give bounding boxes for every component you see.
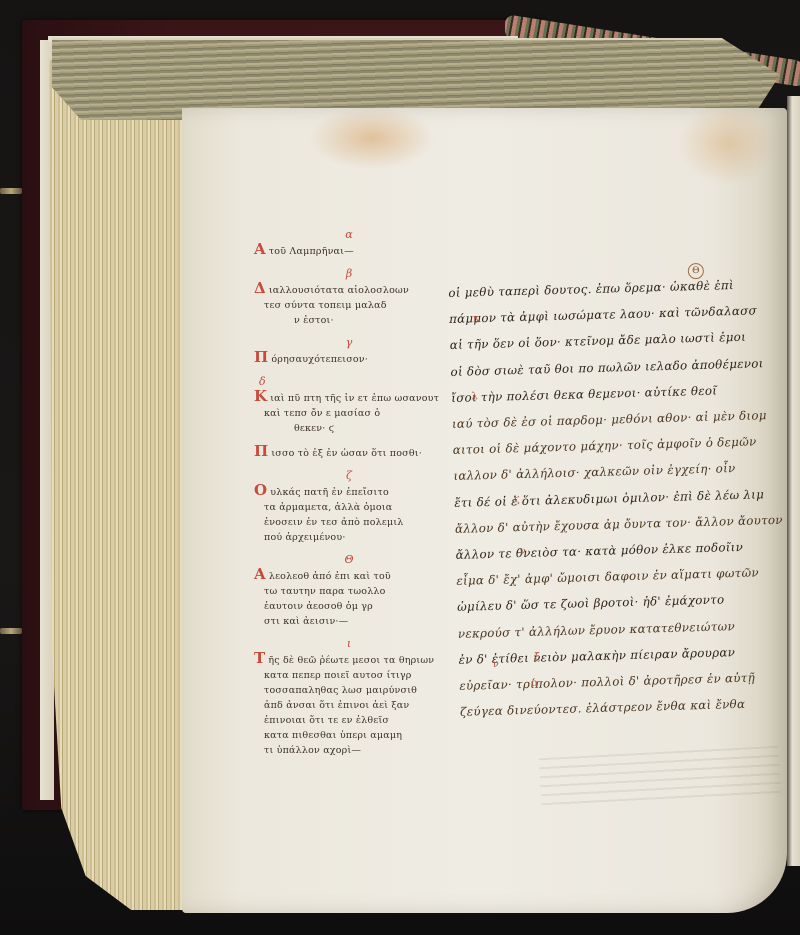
entry-line: όρησαυχότεπεισον·	[271, 354, 368, 365]
rubric-numeral: Θ	[254, 553, 444, 567]
red-initial: Π	[254, 348, 268, 366]
red-initial: Τ	[254, 649, 265, 667]
entry-line: ἐνοσειν ἐν τεσ ἀπὸ πολεμιλ	[254, 515, 444, 530]
entry-line: ν ἐστοι·	[254, 313, 444, 328]
marginal-marker: ο	[531, 678, 537, 689]
left-column-index: α Ατοῦ Λαμπρῆναι— β Διαλλουσιότατα αἰολο…	[254, 228, 444, 766]
red-initial: Ο	[254, 481, 267, 499]
index-entry: Πισσο τὸ ἐξ ἐν ὠσαν ὅτι ποσθι·	[254, 444, 444, 461]
rubric-numeral: β	[254, 267, 444, 281]
right-column-main-text: Θ οἱ μεθὺ ταπερὶ δουτος. ἐπω ὅρεμα· ὡκαθ…	[448, 271, 800, 726]
marginal-marker: ξ	[534, 652, 540, 663]
brass-clasp-bottom	[0, 628, 22, 634]
entry-line: τω ταυτην παρα τωολλο	[254, 584, 444, 599]
marginal-marker: κ	[473, 313, 480, 324]
marginal-marker: ϛ	[514, 494, 520, 505]
entry-line: ἐπινοιαι ὅτι τε εν ἐλθεῖσ	[254, 713, 444, 728]
entry-line: υλκάς πατῆ ἐν ἐπεἴσιτο	[270, 487, 389, 498]
index-entry: Θ Αλεολεοθ ἀπό ἐπι καὶ τοῦ τω ταυτην παρ…	[254, 553, 444, 629]
entry-line: τι ὑπάλλον αχορὶ—	[254, 743, 444, 758]
index-entry: δ Κιαὶ πῦ πτη τῆς ἰν ετ ἐπω ωσανουτ καὶ …	[254, 375, 444, 436]
brass-clasp-top	[0, 188, 22, 194]
entry-line: ισσο τὸ ἐξ ἐν ὠσαν ὅτι ποσθι·	[271, 448, 422, 459]
marginal-marker: λ	[471, 391, 478, 402]
entry-line: ἐαυτοιν ἀεοσοθ ὁμ γρ	[254, 599, 444, 614]
entry-line: τεσ σύντα τοπειμ μαλαδ	[254, 298, 444, 313]
red-initial: Α	[254, 240, 266, 258]
marginal-marker: ν	[519, 546, 525, 557]
entry-line: τα ἀρμαμετα, ἀλλὰ ὁμοια	[254, 500, 444, 515]
fore-edge-leaves	[40, 60, 192, 910]
entry-line: ῆς δὲ θεῶ ῥέωτε μεσοι τα θηριων	[268, 655, 434, 666]
entry-line: κατα πιθεσθαι ὑπερι αμαμη	[254, 728, 444, 743]
entry-line: λεολεοθ ἀπό ἐπι καὶ τοῦ	[269, 571, 391, 582]
entry-line: καὶ τεπσ ὄν ε μασίασ ὁ	[254, 406, 444, 421]
entry-line: τοῦ Λαμπρῆναι—	[269, 246, 354, 257]
entry-line: ἀπδ ἀνσαι ὅτι ἐπινοι ἀεὶ ξαν	[254, 698, 444, 713]
entry-line: στι καὶ ἀεισιν·—	[254, 614, 444, 629]
entry-line: τοσσαπαληθας λωσ μαιρύνσιθ	[254, 683, 444, 698]
entry-line: θεκεν· ϛ	[254, 421, 444, 436]
index-entry: γ Πόρησαυχότεπεισον·	[254, 336, 444, 367]
rubric-numeral: ι	[254, 637, 444, 651]
marginal-marker: ν	[493, 659, 499, 670]
red-initial: Π	[254, 442, 268, 460]
red-initial: Α	[254, 565, 266, 583]
index-entry: ζ Ουλκάς πατῆ ἐν ἐπεἴσιτο τα ἀρμαμετα, ἀ…	[254, 469, 444, 545]
entry-line: ιαὶ πῦ πτη τῆς ἰν ετ ἐπω ωσανουτ	[270, 393, 439, 404]
red-initial: Κ	[254, 387, 267, 405]
rubric-numeral: δ	[254, 375, 444, 389]
rubric-numeral: ζ	[254, 469, 444, 483]
rubric-numeral: γ	[254, 336, 444, 350]
entry-line: κατα πεπερ ποιεῖ αυτοσ ίτιγρ	[254, 668, 444, 683]
red-initial: Δ	[254, 279, 266, 297]
index-entry: α Ατοῦ Λαμπρῆναι—	[254, 228, 444, 259]
index-entry: ι Τῆς δὲ θεῶ ῥέωτε μεσοι τα θηριων κατα …	[254, 637, 444, 758]
entry-line: πού ἀρχειμένου·	[254, 530, 444, 545]
entry-line: ιαλλουσιότατα αἰολοσλοων	[269, 285, 409, 296]
rubric-numeral: α	[254, 228, 444, 242]
index-entry: β Διαλλουσιότατα αἰολοσλοων τεσ σύντα το…	[254, 267, 444, 328]
